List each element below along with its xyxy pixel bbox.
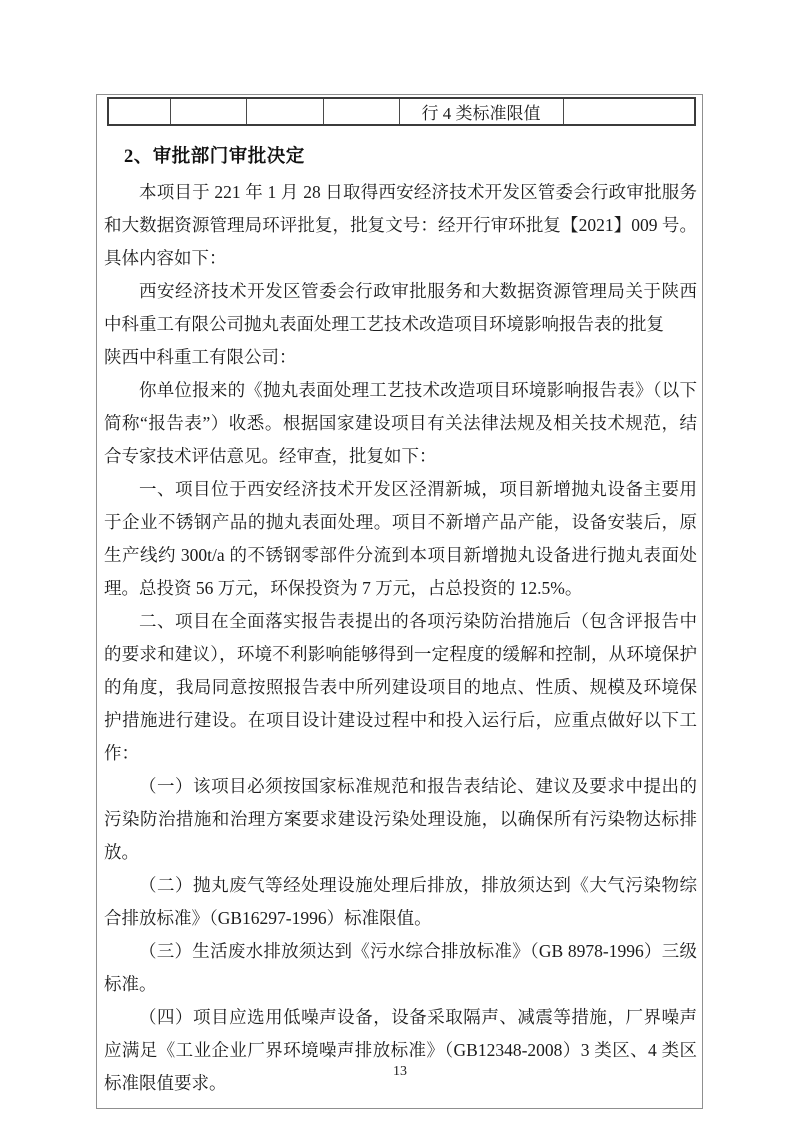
section-heading: 2、审批部门审批决定 (124, 142, 697, 168)
paragraph-approval-intro: 本项目于 221 年 1 月 28 日取得西安经济技术开发区管委会行政审批服务和… (104, 176, 697, 275)
paragraph-subitem-3: （三）生活废水排放须达到《污水综合排放标准》（GB 8978-1996）三级标准… (104, 935, 697, 1001)
continuation-table: 行 4 类标准限值 (107, 97, 696, 126)
approval-decision-section: 2、审批部门审批决定 本项目于 221 年 1 月 28 日取得西安经济技术开发… (97, 126, 702, 1102)
paragraph-subitem-1: （一）该项目必须按国家标准规范和报告表结论、建议及要求中提出的污染防治措施和治理… (104, 770, 697, 869)
form-section-border: 行 4 类标准限值 2、审批部门审批决定 本项目于 221 年 1 月 28 日… (96, 94, 703, 1109)
table-cell (170, 98, 246, 125)
table-cell-standard-limit: 行 4 类标准限值 (399, 98, 563, 125)
table-cell (108, 98, 170, 125)
table-row: 行 4 类标准限值 (108, 98, 695, 125)
table-cell (323, 98, 399, 125)
paragraph-item-2: 二、项目在全面落实报告表提出的各项污染防治措施后（包含评报告中的要求和建议），环… (104, 605, 697, 770)
paragraph-subitem-2: （二）抛丸废气等经处理设施处理后排放，排放须达到《大气污染物综合排放标准》（GB… (104, 869, 697, 935)
page-number: 13 (0, 1064, 800, 1080)
table-cell (563, 98, 695, 125)
table-cell (246, 98, 323, 125)
paragraph-item-1: 一、项目位于西安经济技术开发区泾渭新城，项目新增抛丸设备主要用于企业不锈钢产品的… (104, 473, 697, 605)
paragraph-receipt: 你单位报来的《抛丸表面处理工艺技术改造项目环境影响报告表》（以下简称“报告表”）… (104, 374, 697, 473)
paragraph-addressee: 陕西中科重工有限公司： (104, 341, 697, 374)
paragraph-approval-title: 西安经济技术开发区管委会行政审批服务和大数据资源管理局关于陕西中科重工有限公司抛… (104, 275, 697, 341)
paragraph-subitem-4: （四）项目应选用低噪声设备，设备采取隔声、减震等措施，厂界噪声应满足《工业企业厂… (104, 1001, 697, 1100)
